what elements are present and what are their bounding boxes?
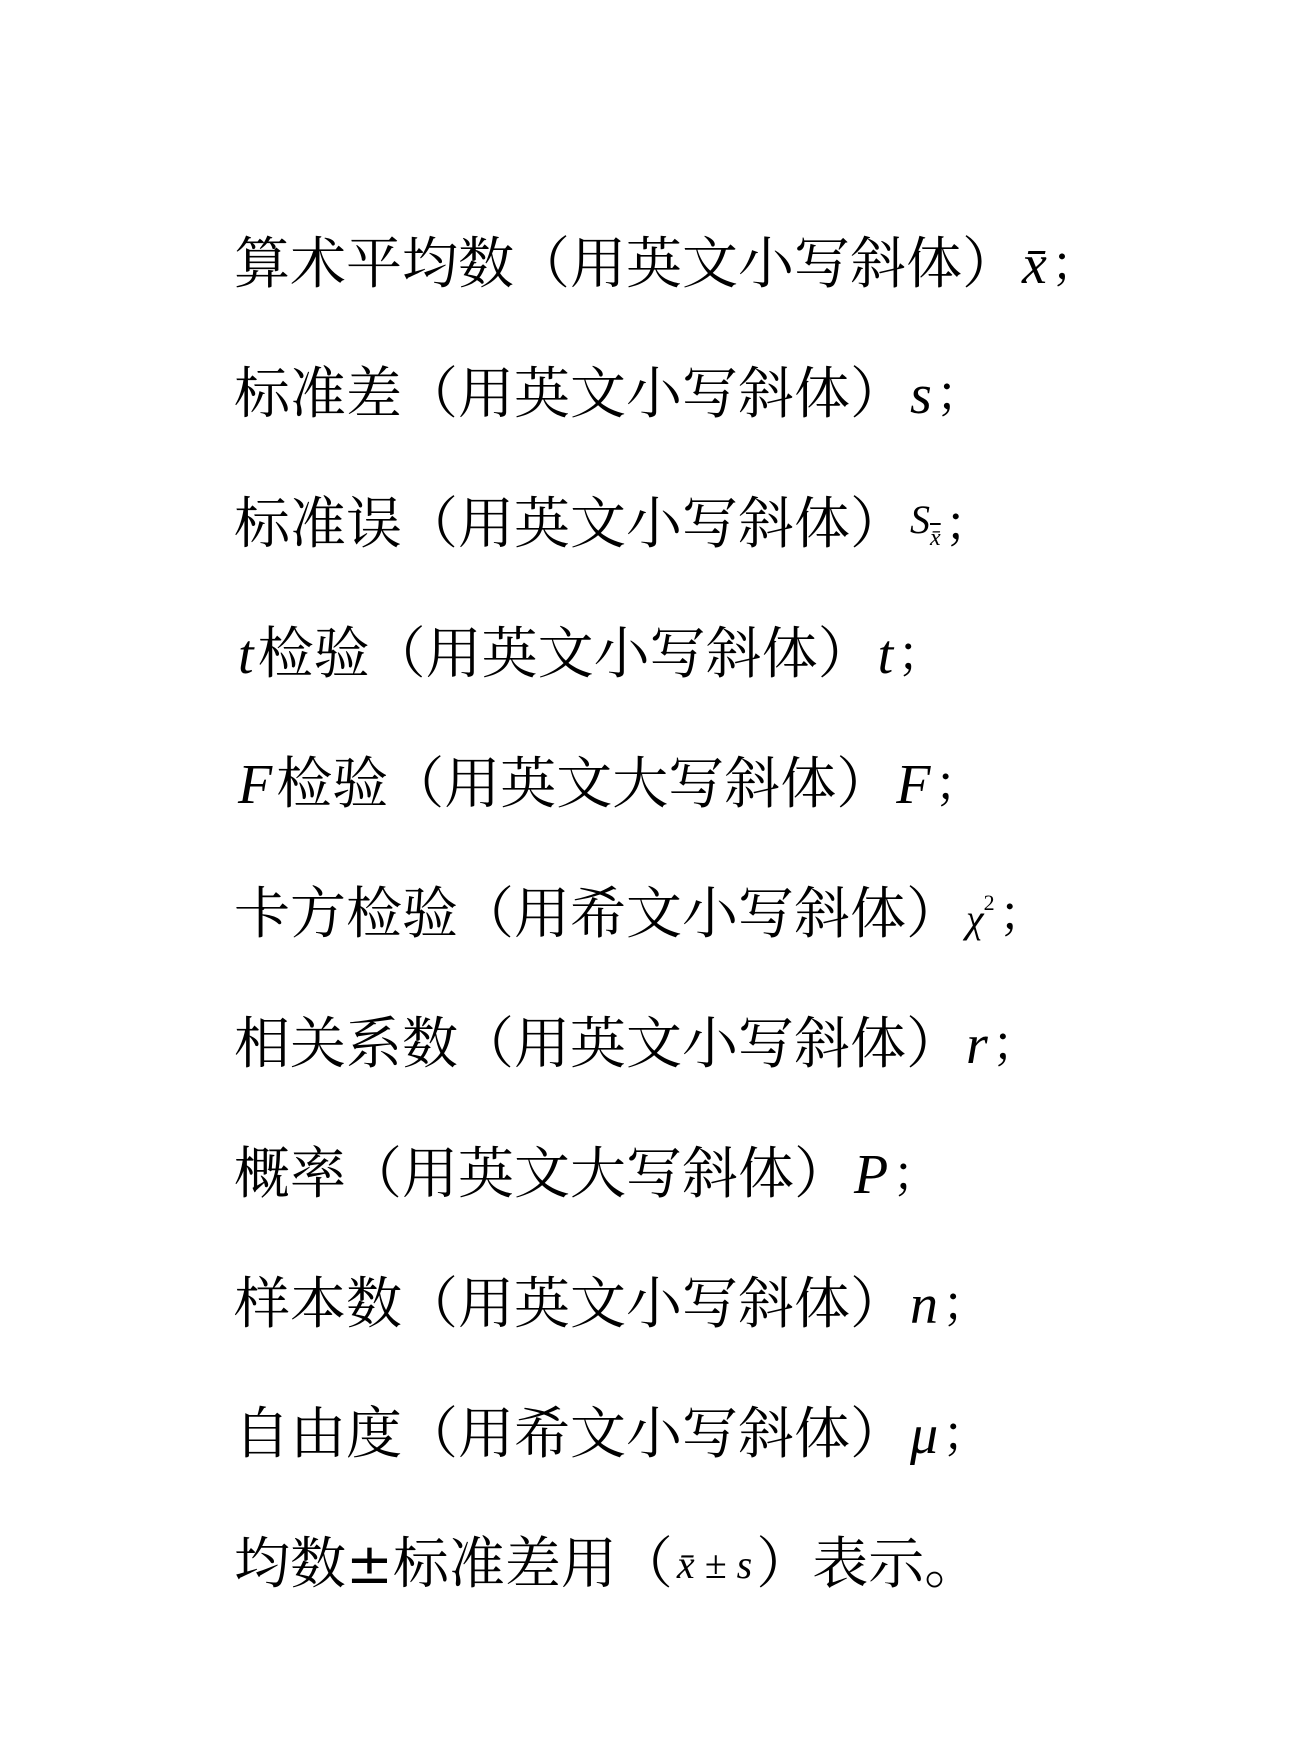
line-degrees-of-freedom: 自由度（用希文小写斜体） μ ； xyxy=(234,1370,1099,1500)
line-text: 相关系数（用英文小写斜体） xyxy=(234,1017,962,1073)
line-prefix-t: t xyxy=(238,627,254,683)
symbol-main: χ xyxy=(966,896,984,941)
line-suffix: ； xyxy=(945,501,993,549)
document-body: 算术平均数（用英文小写斜体） x̄ ； 标准差（用英文小写斜体） s ； 标准误… xyxy=(234,200,1099,1630)
line-arithmetic-mean: 算术平均数（用英文小写斜体） x̄ ； xyxy=(234,200,1099,330)
symbol-f: F xyxy=(896,757,930,813)
line-suffix: ； xyxy=(942,1281,990,1329)
symbol-t: t xyxy=(878,627,894,683)
line-text: 标准差（用英文小写斜体） xyxy=(234,367,906,423)
symbol-x-bar: x̄ xyxy=(1022,237,1047,293)
line-suffix: ； xyxy=(934,761,982,809)
line-text: 检验（用英文大写斜体） xyxy=(276,757,892,813)
line-text: 概率（用英文大写斜体） xyxy=(234,1147,850,1203)
line-text: 自由度（用希文小写斜体） xyxy=(234,1407,906,1463)
line-standard-deviation: 标准差（用英文小写斜体） s ； xyxy=(234,330,1099,460)
symbol-r: r xyxy=(966,1017,988,1073)
symbol-p: P xyxy=(854,1147,888,1203)
line-mean-plus-minus-sd: 均数±标准差用（ x̄ ± s ）表示。 xyxy=(234,1500,1099,1630)
line-suffix: ； xyxy=(936,371,984,419)
line-correlation: 相关系数（用英文小写斜体） r ； xyxy=(234,980,1099,1110)
line-text: 均数±标准差用（ xyxy=(234,1537,673,1593)
line-suffix: ）表示。 xyxy=(756,1537,980,1593)
line-text: 样本数（用英文小写斜体） xyxy=(234,1277,906,1333)
symbol-xbar-pm-s: x̄ ± s xyxy=(677,1545,752,1585)
symbol-chi-square: χ2 xyxy=(966,892,995,939)
symbol-main: S xyxy=(910,497,930,542)
line-t-test: t 检验（用英文小写斜体） t ； xyxy=(234,590,1099,720)
line-text: 算术平均数（用英文小写斜体） xyxy=(234,237,1018,293)
symbol-mu: μ xyxy=(910,1407,938,1463)
symbol-subscript: x̄ xyxy=(930,525,941,551)
line-suffix: ； xyxy=(897,631,945,679)
line-suffix: ； xyxy=(999,891,1047,939)
line-suffix: ； xyxy=(992,1021,1040,1069)
line-standard-error: 标准误（用英文小写斜体） Sx̄ ； xyxy=(234,460,1099,590)
symbol-s: s xyxy=(910,367,932,423)
symbol-n: n xyxy=(910,1277,938,1333)
line-suffix: ； xyxy=(892,1151,940,1199)
line-text: 标准误（用英文小写斜体） xyxy=(234,497,906,553)
symbol-s-xbar: Sx̄ xyxy=(910,500,941,550)
line-suffix: ； xyxy=(942,1411,990,1459)
line-text: 卡方检验（用希文小写斜体） xyxy=(234,887,962,943)
line-probability: 概率（用英文大写斜体） P ； xyxy=(234,1110,1099,1240)
line-suffix: ； xyxy=(1051,241,1099,289)
symbol-superscript: 2 xyxy=(984,890,995,915)
line-text: 检验（用英文小写斜体） xyxy=(258,627,874,683)
line-prefix-f: F xyxy=(238,757,272,813)
line-chi-square: 卡方检验（用希文小写斜体） χ2 ； xyxy=(234,850,1099,980)
line-sample-size: 样本数（用英文小写斜体） n ； xyxy=(234,1240,1099,1370)
line-f-test: F 检验（用英文大写斜体） F ； xyxy=(234,720,1099,850)
